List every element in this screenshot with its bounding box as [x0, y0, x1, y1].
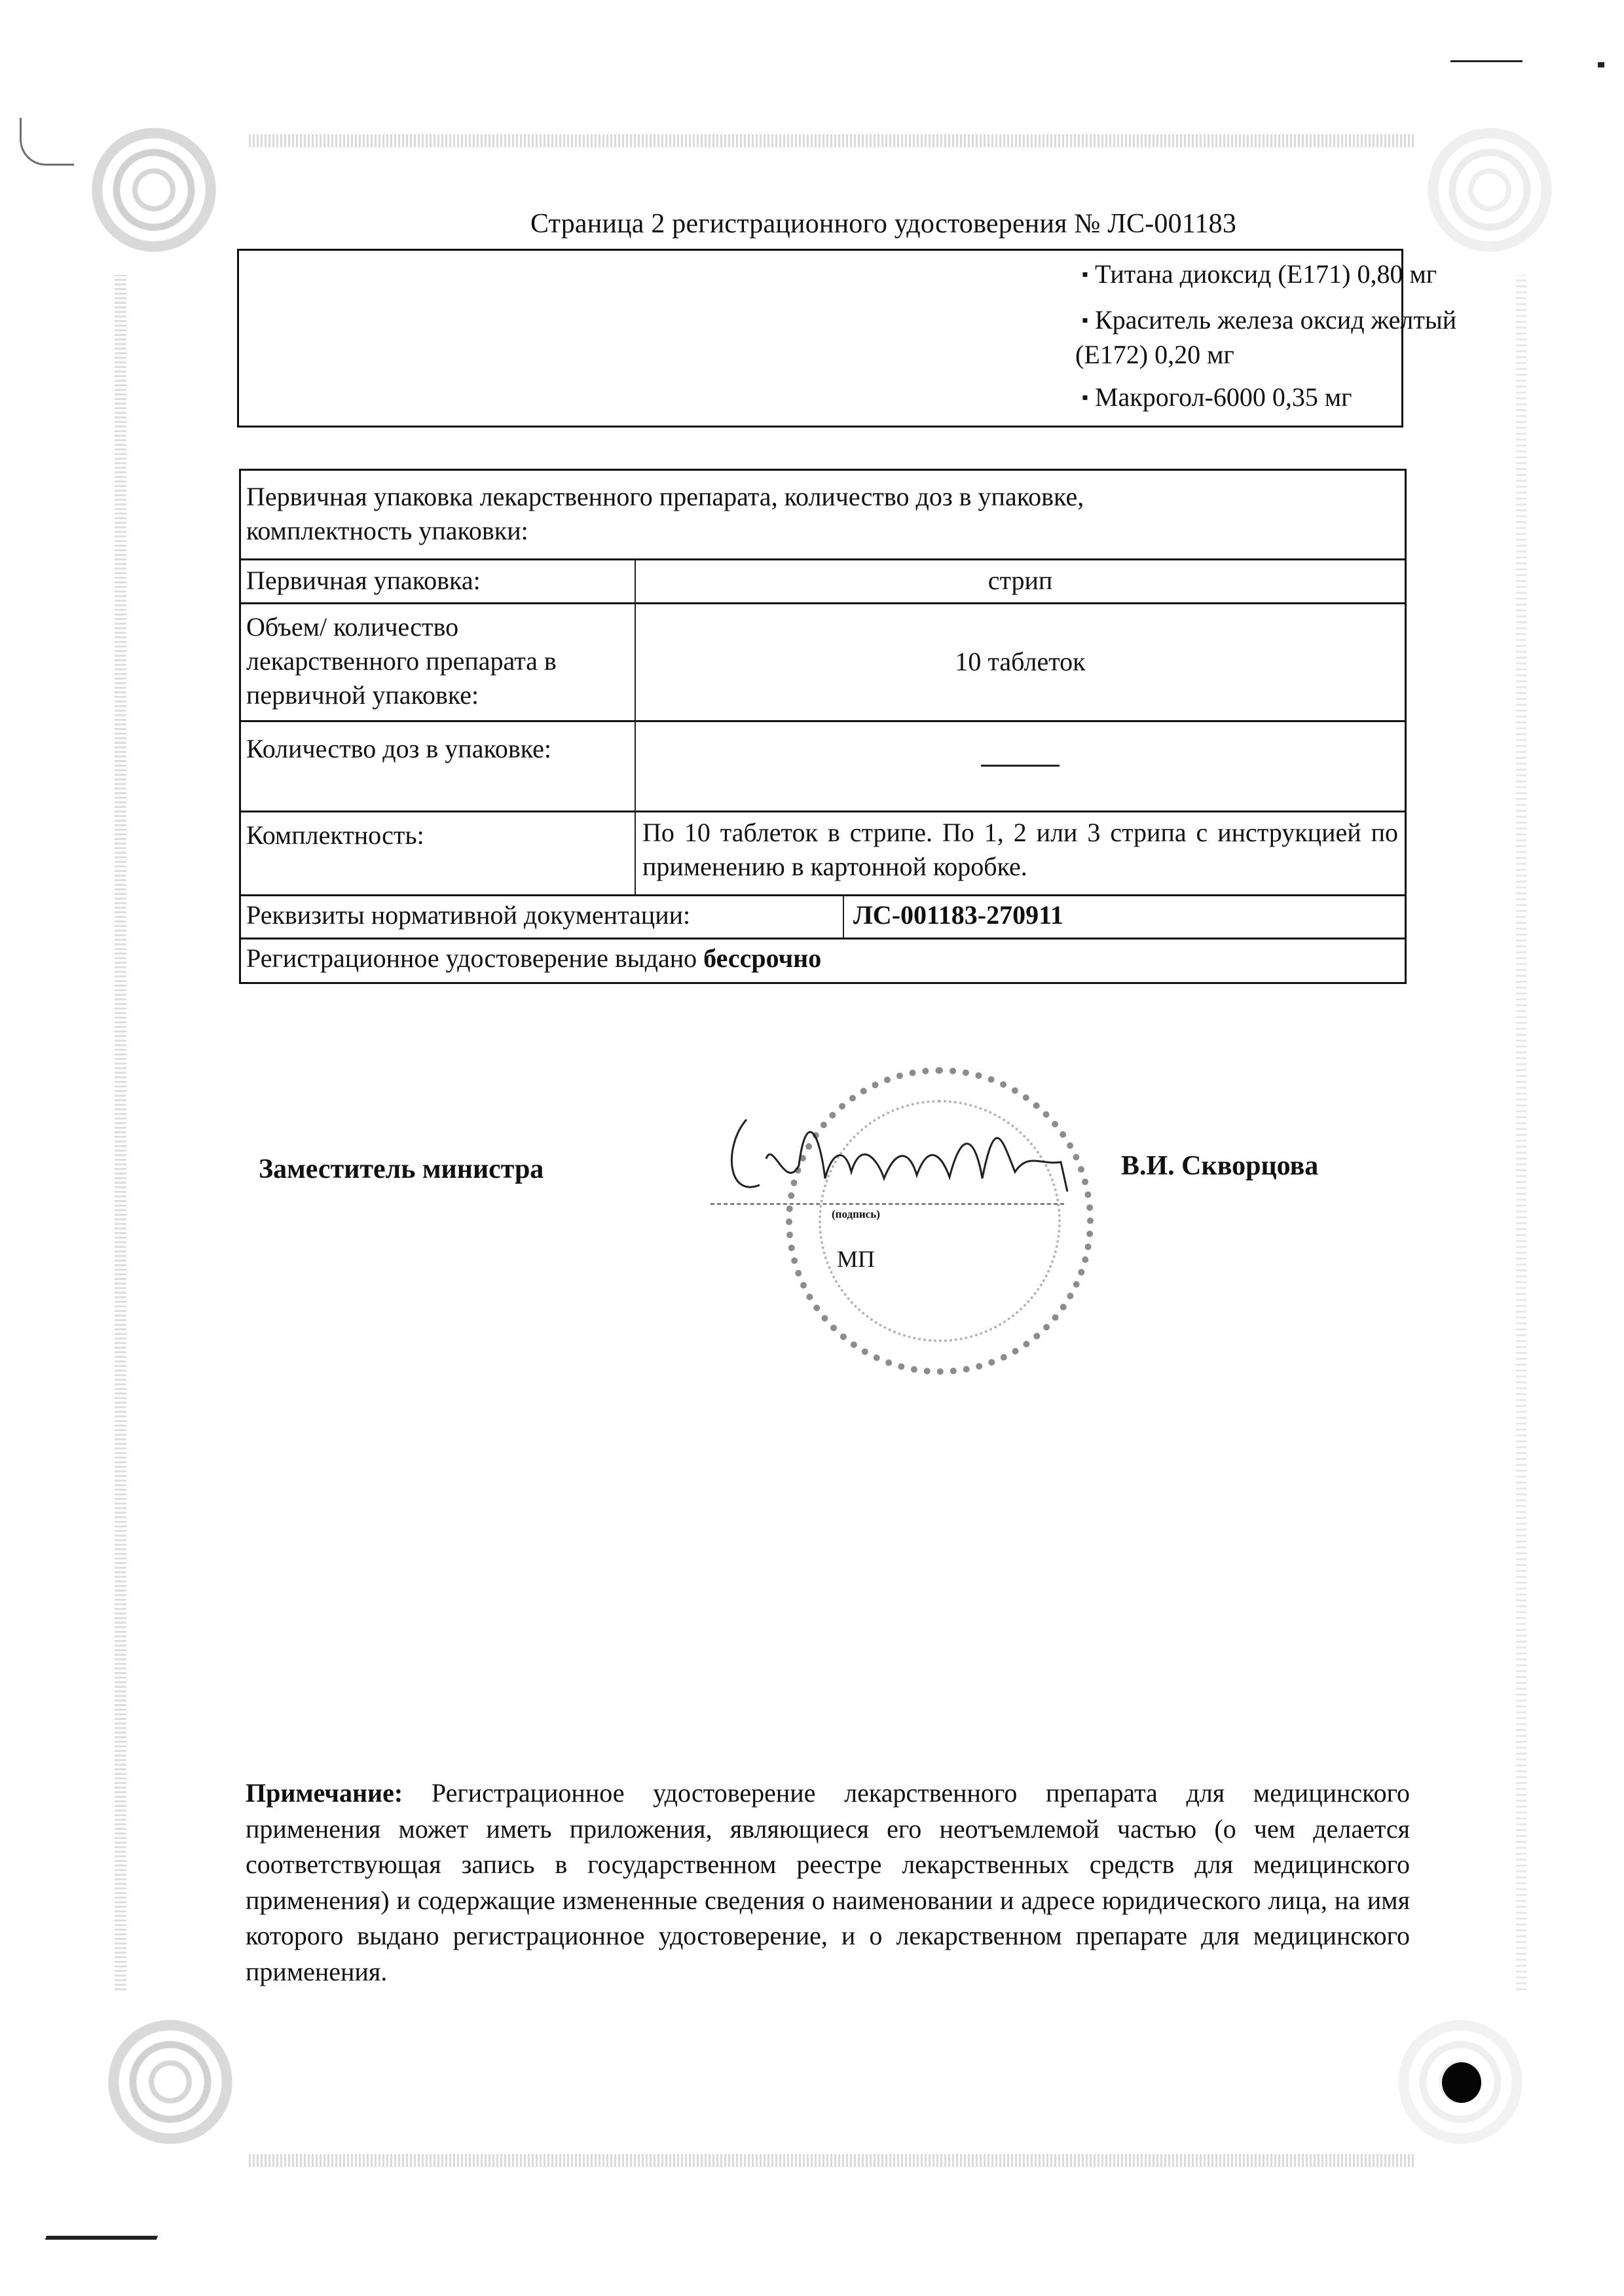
excipient-item: ▪Титана диоксид (Е171) 0,80 мг — [1082, 259, 1437, 289]
row-label: Реквизиты нормативной документации: — [241, 894, 844, 938]
packaging-section-row: Первичная упаковка лекарственного препар… — [241, 471, 1405, 560]
rosette-ornament-icon — [92, 128, 216, 252]
row-value: стрип — [636, 558, 1405, 602]
scan-edge-mark — [1598, 62, 1604, 67]
row-label: Объем/ количество лекарственного препара… — [241, 602, 636, 720]
bullet-icon: ▪ — [1082, 264, 1088, 285]
signature-line — [710, 1203, 1064, 1205]
note-paragraph: Примечание: Регистрационное удостоверени… — [246, 1776, 1410, 1990]
ornamental-border-top — [249, 134, 1414, 147]
row-value: По 10 таблеток в стрипе. По 1, 2 или 3 с… — [636, 811, 1405, 894]
table-row-normative-docs: Реквизиты нормативной документации: ЛС-0… — [241, 894, 1405, 939]
signature-caption: (подпись) — [832, 1208, 880, 1221]
handwritten-signature — [720, 1100, 1080, 1205]
row-label: Первичная упаковка: — [241, 558, 636, 602]
bullet-icon: ▪ — [1082, 310, 1088, 331]
rosette-ornament-icon — [1428, 128, 1552, 252]
rosette-ornament-icon — [108, 2020, 232, 2144]
ornamental-border-left — [115, 275, 126, 1990]
empty-value-dash — [981, 765, 1060, 767]
validity-statement: Регистрационное удостоверение выдано бес… — [241, 938, 1405, 982]
packaging-section-title: Первичная упаковка лекарственного препар… — [241, 471, 1092, 558]
row-value — [636, 720, 1405, 811]
packaging-table: Первичная упаковка лекарственного препар… — [239, 469, 1407, 984]
table-row-validity: Регистрационное удостоверение выдано бес… — [241, 938, 1405, 982]
signatory-position: Заместитель министра — [259, 1154, 544, 1185]
excipient-item-continuation: (Е172) 0,20 мг — [1075, 339, 1234, 370]
row-label: Комплектность: — [241, 811, 636, 894]
normative-doc-number: ЛС-001183-270911 — [844, 894, 1405, 938]
excipient-item: ▪Макрогол-6000 0,35 мг — [1082, 382, 1352, 412]
scan-artifact — [20, 118, 74, 166]
page-header: Страница 2 регистрационного удостоверени… — [530, 208, 1236, 240]
ornamental-border-right — [1516, 275, 1526, 1990]
validity-term: бессрочно — [703, 943, 821, 973]
note-text: Регистрационное удостоверение лекарствен… — [246, 1778, 1410, 1986]
table-row: Количество доз в упаковке: — [241, 720, 1405, 812]
note-label: Примечание: — [246, 1778, 403, 1808]
punch-hole-dot — [1442, 2062, 1481, 2103]
scan-edge-mark — [1450, 60, 1522, 62]
table-row: Комплектность: По 10 таблеток в стрипе. … — [241, 811, 1405, 896]
table-row: Первичная упаковка: стрип — [241, 558, 1405, 604]
row-label: Количество доз в упаковке: — [241, 720, 636, 811]
excipient-item: ▪Краситель железа оксид желтый — [1082, 304, 1456, 335]
bullet-icon: ▪ — [1082, 388, 1088, 408]
table-row: Объем/ количество лекарственного препара… — [241, 602, 1405, 722]
stamp-label: МП — [837, 1245, 875, 1273]
ornamental-border-bottom — [249, 2154, 1414, 2167]
signatory-name: В.И. Скворцова — [1121, 1150, 1318, 1182]
excipients-table: ▪Титана диоксид (Е171) 0,80 мг ▪Красител… — [237, 249, 1403, 428]
row-value: 10 таблеток — [636, 602, 1405, 720]
scan-edge-mark — [45, 2236, 158, 2240]
